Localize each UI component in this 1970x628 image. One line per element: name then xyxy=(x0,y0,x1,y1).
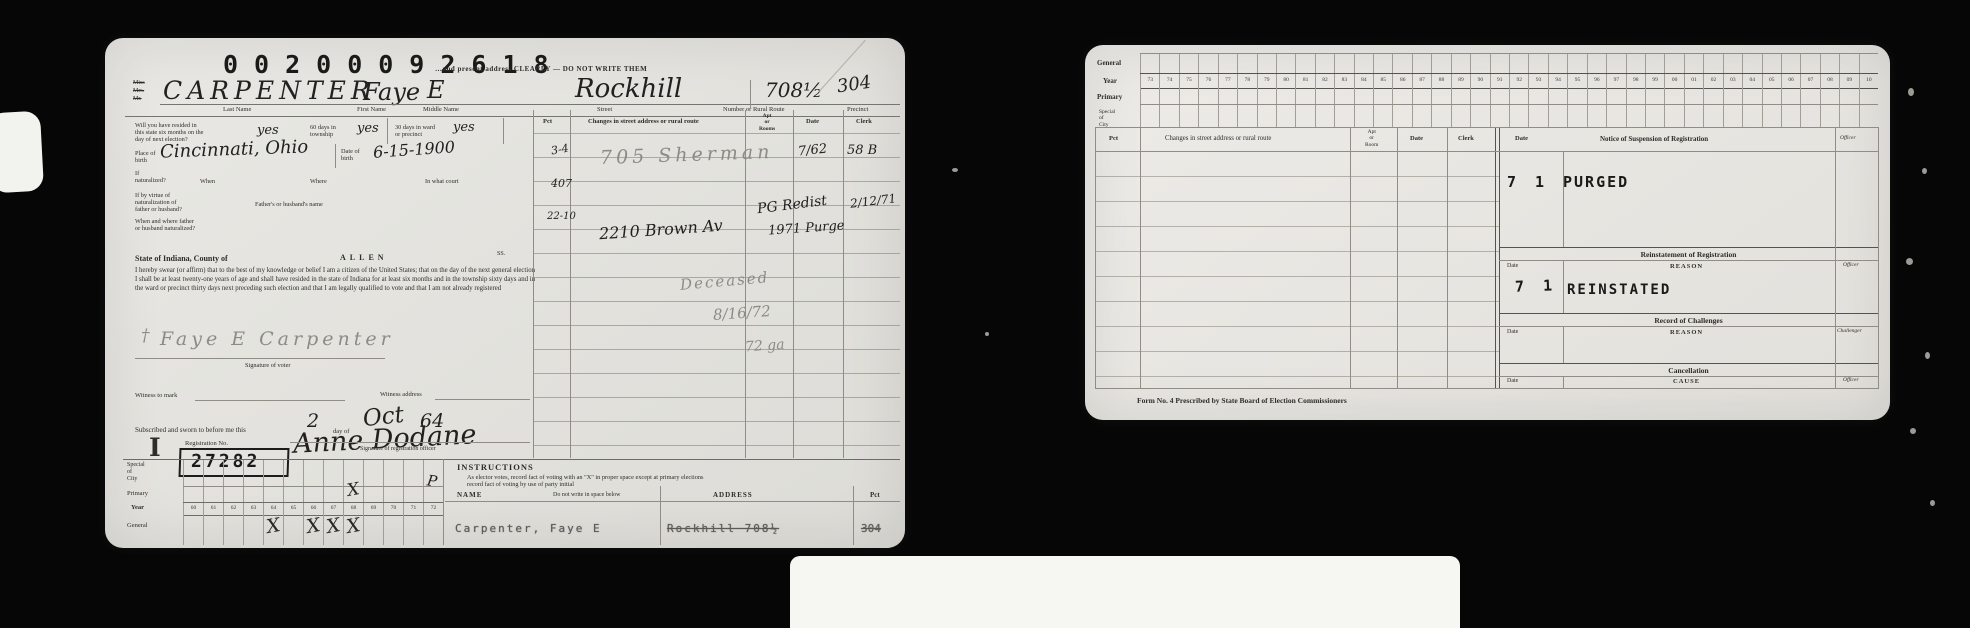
general-mark-cell: X xyxy=(323,515,343,545)
general-mark-cell: X xyxy=(263,515,283,545)
grid-cell xyxy=(1606,88,1625,104)
voter-signature: Faye E Carpenter xyxy=(160,330,394,349)
reinstatement-reason-label: REASON xyxy=(1670,263,1703,270)
vote-mark xyxy=(404,515,423,518)
ss-label: SS. xyxy=(497,251,505,258)
grid-cell xyxy=(1645,88,1664,104)
grid-cell xyxy=(1800,88,1819,104)
special-of-city-label: Special of City xyxy=(127,462,145,483)
vote-mark xyxy=(284,515,303,518)
primary-mark-cell xyxy=(303,487,323,503)
year-cell: 93 xyxy=(1528,74,1547,88)
grid-cell xyxy=(1645,54,1664,74)
date-of-birth-label: Date of birth xyxy=(341,148,360,162)
change1-date: 7/62 xyxy=(797,143,827,159)
grid-cell xyxy=(1257,88,1276,104)
primary-row xyxy=(1140,88,1878,104)
reinstated-stamp: REINSTATED xyxy=(1567,283,1671,297)
grid-cell xyxy=(363,460,383,486)
grid-cell xyxy=(1354,54,1373,74)
note-date: 8/16/72 xyxy=(713,304,772,323)
year-row: 7374757677787980818283848586878889909192… xyxy=(1140,73,1878,89)
house-number-handwritten: 708½ xyxy=(765,80,823,100)
grid-cell xyxy=(1218,105,1237,127)
grid-cell xyxy=(323,460,343,486)
vote-mark xyxy=(364,515,383,518)
grid-cell xyxy=(1781,54,1800,74)
grid-cell xyxy=(1800,105,1819,127)
purged-year-stamp: 7 1 xyxy=(1507,175,1549,190)
year-cell: 83 xyxy=(1334,74,1353,88)
grid-cell xyxy=(1257,105,1276,127)
vote-mark: X xyxy=(343,480,365,500)
year-cell: 96 xyxy=(1587,74,1606,88)
year-cell: 69 xyxy=(363,503,383,515)
year-cell: 88 xyxy=(1431,74,1450,88)
grid-cell xyxy=(1431,88,1450,104)
vote-mark xyxy=(204,515,223,518)
primary-mark-cell: X xyxy=(343,487,363,503)
year-cell: 66 xyxy=(303,503,323,515)
vote-mark: X xyxy=(342,515,364,537)
primary-mark-cell xyxy=(283,487,303,503)
vote-mark: X xyxy=(262,515,284,537)
year-label: Year xyxy=(131,504,144,511)
grid-cell xyxy=(1703,54,1722,74)
date-header: Date xyxy=(806,118,819,125)
special-row xyxy=(183,460,443,486)
year-cell: 08 xyxy=(1820,74,1839,88)
name-column-label: NAME xyxy=(457,491,482,499)
change1-clerk: 58 B xyxy=(847,144,877,157)
grid-cell xyxy=(1354,88,1373,104)
reinstatement-title: Reinstatement of Registration xyxy=(1499,250,1878,259)
year-cell: 97 xyxy=(1606,74,1625,88)
reinstatement-date-label: Date xyxy=(1507,263,1518,270)
year-cell: 04 xyxy=(1742,74,1761,88)
grid-cell xyxy=(1179,88,1198,104)
father-name-label: Father's or husband's name xyxy=(255,201,323,208)
general-mark-cell xyxy=(183,515,203,545)
general-mark-cell xyxy=(223,515,243,545)
naturalized-court-label: In what court xyxy=(425,178,459,185)
grid-cell xyxy=(1800,54,1819,74)
grid-cell xyxy=(1587,54,1606,74)
grid-cell xyxy=(1509,88,1528,104)
changes-header: Changes in street address or rural route xyxy=(588,118,699,125)
grid-cell xyxy=(1781,105,1800,127)
grid-cell xyxy=(1684,54,1703,74)
prefix-miss: Miss xyxy=(133,80,145,87)
general-mark-cell xyxy=(283,515,303,545)
grid-cell xyxy=(203,460,223,486)
primary-mark-cell xyxy=(323,487,343,503)
typed-pct: 304 xyxy=(861,522,881,535)
grid-cell xyxy=(1626,88,1645,104)
grid-cell xyxy=(1820,88,1839,104)
vote-mark xyxy=(424,515,443,518)
year-cell: 00 xyxy=(1664,74,1683,88)
grid-cell xyxy=(1587,105,1606,127)
general-mark-cell xyxy=(243,515,263,545)
grid-cell xyxy=(1295,54,1314,74)
grid-cell xyxy=(1237,54,1256,74)
grid-cell xyxy=(1198,54,1217,74)
grid-cell xyxy=(1334,54,1353,74)
form-number-footer: Form No. 4 Prescribed by State Board of … xyxy=(1137,397,1347,406)
challenges-reason-label: REASON xyxy=(1670,329,1703,336)
challenges-title: Record of Challenges xyxy=(1499,316,1878,325)
middle-name-label: Middle Name xyxy=(423,106,459,113)
grid-cell xyxy=(1567,88,1586,104)
grid-cell xyxy=(1509,54,1528,74)
grid-cell xyxy=(1859,105,1878,127)
place-of-birth-label: Place of birth xyxy=(135,150,155,164)
grid-cell xyxy=(1315,54,1334,74)
year-cell: 82 xyxy=(1315,74,1334,88)
grid-cell xyxy=(183,460,203,486)
year-cell: 92 xyxy=(1509,74,1528,88)
primary-mark-cell xyxy=(403,487,423,503)
challenges-date-label: Date xyxy=(1507,329,1518,336)
year-cell: 05 xyxy=(1762,74,1781,88)
grid-cell xyxy=(1276,88,1295,104)
vote-mark xyxy=(224,515,243,518)
grid-cell xyxy=(1645,105,1664,127)
year-cell: 94 xyxy=(1548,74,1567,88)
voter-registration-card-back: General Year Primary Special of City 737… xyxy=(1085,45,1890,420)
grid-cell xyxy=(1451,54,1470,74)
grid-cell xyxy=(1606,105,1625,127)
grid-cell xyxy=(1334,105,1353,127)
grid-cell xyxy=(1859,88,1878,104)
grid-cell xyxy=(1295,105,1314,127)
street-handwritten: Rockhill xyxy=(575,76,682,102)
grid-cell xyxy=(1528,88,1547,104)
grid-cell xyxy=(1218,54,1237,74)
grid-cell xyxy=(1703,88,1722,104)
grid-cell xyxy=(223,460,243,486)
grid-cell xyxy=(1820,105,1839,127)
clerk-header: Clerk xyxy=(1458,135,1474,142)
grid-cell xyxy=(1198,105,1217,127)
grid-cell xyxy=(1451,105,1470,127)
general-label: General xyxy=(1097,59,1121,67)
notice-of-suspension-header: Notice of Suspension of Registration xyxy=(1600,135,1708,143)
year-cell: 80 xyxy=(1276,74,1295,88)
microfilm-frame: 00200092618 …and present address CLEARLY… xyxy=(0,0,1970,628)
ward-answer: yes xyxy=(453,121,475,134)
film-speck xyxy=(985,332,989,336)
voter-signature-label: Signature of voter xyxy=(245,362,290,369)
officer-signature-label: Signature of registration officer xyxy=(360,446,436,453)
grid-cell xyxy=(403,460,423,486)
grid-cell xyxy=(1742,105,1761,127)
year-cell: 68 xyxy=(343,503,363,515)
primary-mark-cell xyxy=(363,487,383,503)
year-cell: 78 xyxy=(1237,74,1256,88)
year-cell: 01 xyxy=(1684,74,1703,88)
grid-cell xyxy=(1276,54,1295,74)
year-cell: 64 xyxy=(263,503,283,515)
grid-cell xyxy=(1490,105,1509,127)
first-name-handwritten: Faye xyxy=(363,80,420,104)
father-naturalization-label: If by virtue of naturalization of father… xyxy=(135,192,182,214)
grid-cell xyxy=(1820,54,1839,74)
grid-cell xyxy=(1237,88,1256,104)
grid-cell xyxy=(1276,105,1295,127)
general-mark-cell: X xyxy=(343,515,363,545)
apt-header: Apt or Room xyxy=(1365,129,1378,148)
grid-cell xyxy=(1470,88,1489,104)
pct-header: Pct xyxy=(1109,135,1118,142)
grid-cell xyxy=(1490,54,1509,74)
grid-cell xyxy=(1295,88,1314,104)
pct-header: Pct xyxy=(543,118,552,125)
place-of-birth-value: Cincinnati, Ohio xyxy=(160,138,309,161)
apt-header: Apt or Rooms xyxy=(759,113,775,132)
general-mark-cell xyxy=(423,515,443,545)
year-cell: 73 xyxy=(1140,74,1159,88)
grid-cell xyxy=(1723,54,1742,74)
challenger-label: Challenger xyxy=(1837,328,1862,334)
primary-mark-cell xyxy=(203,487,223,503)
year-cell: 90 xyxy=(1470,74,1489,88)
voting-record-grid: Special of City Primary Year General X 6… xyxy=(125,460,443,545)
primary-mark-cell xyxy=(223,487,243,503)
grid-cell xyxy=(263,460,283,486)
year-cell: 99 xyxy=(1645,74,1664,88)
general-row xyxy=(1140,53,1878,74)
grid-cell xyxy=(1548,105,1567,127)
grid-cell xyxy=(1392,105,1411,127)
grid-cell xyxy=(1567,105,1586,127)
pct-column-label: Pct xyxy=(870,491,880,499)
year-cell: 60 xyxy=(183,503,203,515)
oath-text: I hereby swear (or affirm) that to the b… xyxy=(135,266,535,293)
grid-cell xyxy=(1548,88,1567,104)
grid-cell xyxy=(1684,105,1703,127)
grid-cell xyxy=(1587,88,1606,104)
grid-cell xyxy=(1140,105,1159,127)
special-row xyxy=(1140,104,1878,128)
cancellation-date-label: Date xyxy=(1507,378,1518,385)
grid-cell xyxy=(1839,54,1858,74)
township-question-label: 60 days in township xyxy=(310,124,336,138)
primary-label: Primary xyxy=(127,490,148,497)
year-cell: 95 xyxy=(1567,74,1586,88)
film-speck xyxy=(1922,168,1927,174)
grid-cell xyxy=(303,460,323,486)
year-cell: 87 xyxy=(1412,74,1431,88)
grid-cell xyxy=(1237,105,1256,127)
year-cell: 63 xyxy=(243,503,263,515)
grid-cell xyxy=(1567,54,1586,74)
grid-cell xyxy=(1159,105,1178,127)
primary-mark-cell xyxy=(183,487,203,503)
year-cell: 74 xyxy=(1159,74,1178,88)
cancellation-officer-label: Officer xyxy=(1843,377,1859,383)
township-answer: yes xyxy=(357,122,379,135)
naturalized-label: If naturalized? xyxy=(135,170,166,184)
grid-cell xyxy=(1140,54,1159,74)
voter-signature-mark: † xyxy=(141,328,150,345)
grid-cell xyxy=(1392,54,1411,74)
grid-cell xyxy=(1490,88,1509,104)
year-cell: 71 xyxy=(403,503,423,515)
film-speck xyxy=(1906,258,1913,265)
father-naturalized-when-label: When and where father or husband natural… xyxy=(135,218,195,232)
grid-cell xyxy=(1742,54,1761,74)
vote-mark xyxy=(184,515,203,518)
general-mark-cell xyxy=(403,515,423,545)
grid-cell xyxy=(1470,105,1489,127)
grid-cell xyxy=(1781,88,1800,104)
grid-cell xyxy=(1548,54,1567,74)
first-name-label: First Name xyxy=(357,106,386,113)
prefix-mr: Mr. xyxy=(133,96,142,103)
grid-cell xyxy=(1664,105,1683,127)
year-cell: 62 xyxy=(223,503,243,515)
year-cell: 79 xyxy=(1257,74,1276,88)
grid-cell xyxy=(1159,54,1178,74)
year-cell: 65 xyxy=(283,503,303,515)
year-cell: 76 xyxy=(1198,74,1217,88)
year-cell: 86 xyxy=(1392,74,1411,88)
general-mark-cell xyxy=(383,515,403,545)
grid-cell xyxy=(1664,88,1683,104)
grid-cell xyxy=(1315,88,1334,104)
stray-handwritten-mark: P xyxy=(426,473,438,489)
do-not-write-note: …and present address CLEARLY — DO NOT WR… xyxy=(435,65,647,73)
grid-cell xyxy=(1859,54,1878,74)
grid-cell xyxy=(1373,54,1392,74)
grid-cell xyxy=(243,460,263,486)
change2-pct: 407 xyxy=(551,178,572,189)
year-cell: 06 xyxy=(1781,74,1800,88)
changes-header: Changes in street address or rural route xyxy=(1165,135,1271,143)
year-cell: 72 xyxy=(423,503,443,515)
witness-to-mark-label: Witness to mark xyxy=(135,392,177,399)
grid-cell xyxy=(283,460,303,486)
reinstatement-officer-label: Officer xyxy=(1843,262,1859,268)
grid-cell xyxy=(1412,54,1431,74)
grid-cell xyxy=(1431,54,1450,74)
prefix-mrs: Mrs. xyxy=(133,88,144,95)
year-cell: 89 xyxy=(1451,74,1470,88)
grid-cell xyxy=(1528,105,1547,127)
suspension-table: Pct Changes in street address or rural r… xyxy=(1095,127,1878,389)
changes-rows xyxy=(1095,127,1499,389)
primary-label: Primary xyxy=(1097,93,1122,101)
primary-mark-cell xyxy=(263,487,283,503)
general-mark-cell xyxy=(363,515,383,545)
grid-cell xyxy=(1334,88,1353,104)
primary-mark-cell xyxy=(243,487,263,503)
grid-cell xyxy=(1606,54,1625,74)
grid-cell xyxy=(1762,105,1781,127)
year-cell: 67 xyxy=(323,503,343,515)
year-cell: 03 xyxy=(1723,74,1742,88)
date-of-birth-value: 6-15-1900 xyxy=(373,139,456,161)
cancellation-title: Cancellation xyxy=(1499,366,1878,375)
grid-cell xyxy=(1257,54,1276,74)
grid-cell xyxy=(1315,105,1334,127)
typed-name: Carpenter, Faye E xyxy=(455,522,602,535)
general-mark-cell xyxy=(203,515,223,545)
grid-cell xyxy=(1373,88,1392,104)
cancellation-cause-label: CAUSE xyxy=(1673,378,1700,385)
address-column-label: ADDRESS xyxy=(713,491,753,499)
grid-cell xyxy=(1451,88,1470,104)
grid-cell xyxy=(1431,105,1450,127)
grid-cell xyxy=(1703,105,1722,127)
grid-cell xyxy=(1373,105,1392,127)
purged-stamp: PURGED xyxy=(1563,175,1629,190)
year-cell: 77 xyxy=(1218,74,1237,88)
voter-registration-card-front: 00200092618 …and present address CLEARLY… xyxy=(105,38,905,548)
year-cell: 91 xyxy=(1490,74,1509,88)
vote-mark: X xyxy=(302,515,324,537)
naturalized-when-label: When xyxy=(200,178,215,185)
note-year: 72 ga xyxy=(745,338,785,355)
grid-cell xyxy=(1684,88,1703,104)
year-cell: 10 xyxy=(1859,74,1878,88)
reinstated-year-stamp: 7 1 xyxy=(1515,278,1558,294)
change3-pct: 22-10 xyxy=(547,212,576,222)
year-cell: 02 xyxy=(1703,74,1722,88)
grid-cell xyxy=(1354,105,1373,127)
no-write-label: Do not write in space below xyxy=(553,492,620,499)
clerk-header: Clerk xyxy=(856,118,872,125)
year-cell: 81 xyxy=(1295,74,1314,88)
resided-answer: yes xyxy=(257,124,279,137)
grid-cell xyxy=(1509,105,1528,127)
grid-cell xyxy=(1762,54,1781,74)
grid-cell xyxy=(1664,54,1683,74)
witness-address-label: Witness address xyxy=(380,391,422,398)
grid-cell xyxy=(1528,54,1547,74)
grid-cell xyxy=(1762,88,1781,104)
grid-cell xyxy=(1179,54,1198,74)
grid-cell xyxy=(1839,105,1858,127)
year-cell: 07 xyxy=(1800,74,1819,88)
suspension-date-header: Date xyxy=(1515,135,1528,142)
grid-cell xyxy=(1198,88,1217,104)
year-cell: 85 xyxy=(1373,74,1392,88)
year-cell: 09 xyxy=(1839,74,1858,88)
typed-address: Rockhill 708½ xyxy=(667,522,779,535)
film-speck xyxy=(1925,352,1930,359)
grid-cell xyxy=(1742,88,1761,104)
grid-cell xyxy=(1723,105,1742,127)
change1-pct: 3-4 xyxy=(550,143,569,157)
precinct-handwritten: 304 xyxy=(836,74,873,97)
state-county-label: State of Indiana, County of xyxy=(135,254,228,263)
grid-cell xyxy=(1412,88,1431,104)
vote-mark xyxy=(244,515,263,518)
date-header: Date xyxy=(1410,135,1423,142)
grid-cell xyxy=(1723,88,1742,104)
registration-no-label: Registration No. xyxy=(185,440,228,447)
year-cell: 75 xyxy=(1179,74,1198,88)
film-speck xyxy=(1908,88,1914,96)
grid-cell xyxy=(1179,105,1198,127)
grid-cell xyxy=(1470,54,1489,74)
year-cell: 98 xyxy=(1626,74,1645,88)
vote-mark xyxy=(384,515,403,518)
grid-cell xyxy=(1626,105,1645,127)
